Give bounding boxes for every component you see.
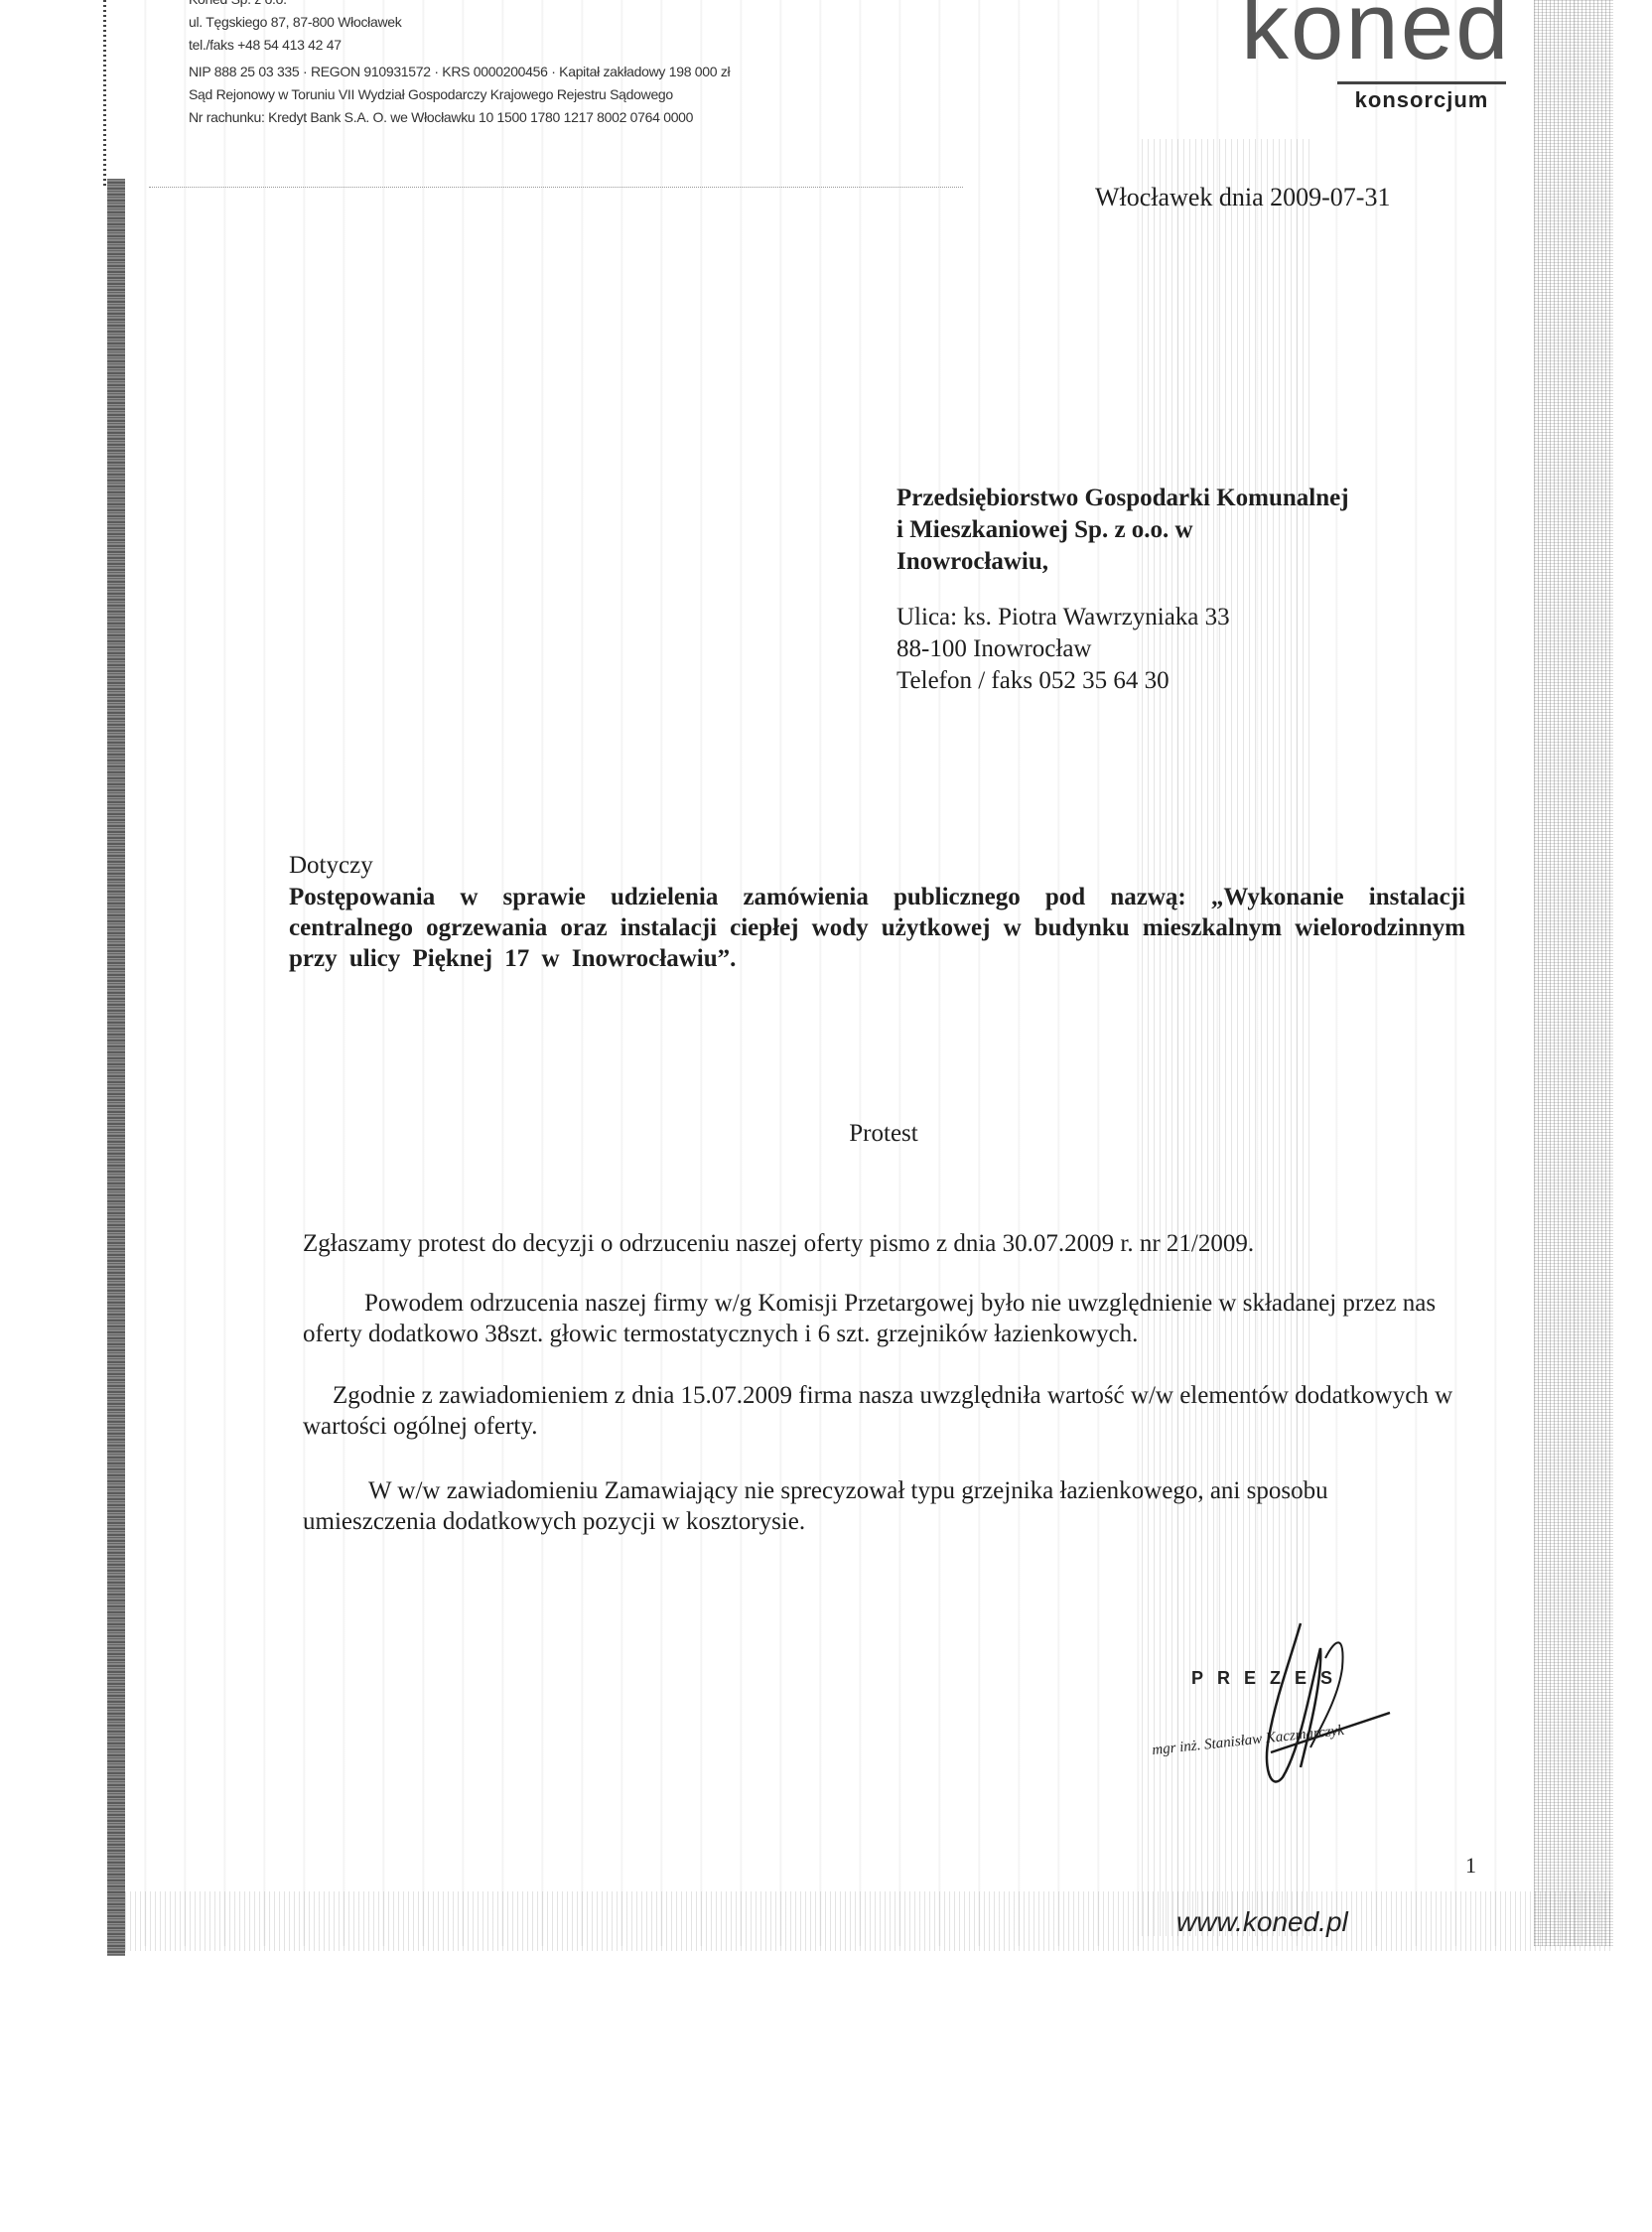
page-left-edge <box>107 179 125 1956</box>
letterhead-divider <box>149 181 963 188</box>
addressee-street: Ulica: ks. Piotra Wawrzyniaka 33 <box>896 602 1349 633</box>
company-logo: koned konsorcjum <box>1241 0 1529 131</box>
body-paragraph: Zgodnie z zawiadomieniem z dnia 15.07.20… <box>303 1380 1464 1442</box>
subject-text: Postępowania w sprawie udzielenia zamówi… <box>289 882 1465 974</box>
addressee-city: 88-100 Inowrocław <box>896 633 1349 665</box>
scan-noise-bottom <box>125 1891 1614 1951</box>
letterhead-bank: Nr rachunku: Kredyt Bank S.A. O. we Włoc… <box>189 106 963 129</box>
letterhead-phone: tel./faks +48 54 413 42 47 <box>189 34 963 57</box>
subject-label: Dotyczy <box>289 852 373 880</box>
letterhead-registry: NIP 888 25 03 335 · REGON 910931572 · KR… <box>189 61 963 83</box>
handwritten-signature-icon <box>1152 1618 1430 1807</box>
document-heading: Protest <box>665 1120 1102 1148</box>
body-paragraph: W w/w zawiadomieniu Zamawiający nie spre… <box>303 1475 1464 1537</box>
letterhead-court: Sąd Rejonowy w Toruniu VII Wydział Gospo… <box>189 83 963 106</box>
page-number: 1 <box>1465 1853 1476 1879</box>
letterhead-address: ul. Tęgskiego 87, 87-800 Włocławek <box>189 11 963 34</box>
page-left-edge-top <box>103 0 106 189</box>
addressee-name-line: Przedsiębiorstwo Gospodarki Komunalnej <box>896 483 1349 514</box>
scan-noise-right-edge <box>1534 0 1613 1946</box>
addressee-name-line: Inowrocławiu, <box>896 546 1349 578</box>
logo-wordmark: koned <box>1241 0 1511 81</box>
footer-website: www.koned.pl <box>1176 1906 1348 1938</box>
body-paragraph: Powodem odrzucenia naszej firmy w/g Komi… <box>303 1288 1464 1349</box>
addressee-name-line: i Mieszkaniowej Sp. z o.o. w <box>896 514 1349 546</box>
addressee-phone: Telefon / faks 052 35 64 30 <box>896 665 1349 697</box>
addressee-block: Przedsiębiorstwo Gospodarki Komunalnej i… <box>896 483 1349 697</box>
signature-stamp: PREZES mgr inż. Stanisław Kaczmarczyk <box>1152 1618 1430 1807</box>
letterhead: Koned Sp. z o.o. ul. Tęgskiego 87, 87-80… <box>189 0 963 129</box>
logo-subtitle: konsorcjum <box>1337 81 1506 116</box>
body-paragraph: Zgłaszamy protest do decyzji o odrzuceni… <box>303 1228 1464 1259</box>
letterhead-company: Koned Sp. z o.o. <box>189 0 963 11</box>
letter-date: Włocławek dnia 2009-07-31 <box>1095 183 1390 212</box>
